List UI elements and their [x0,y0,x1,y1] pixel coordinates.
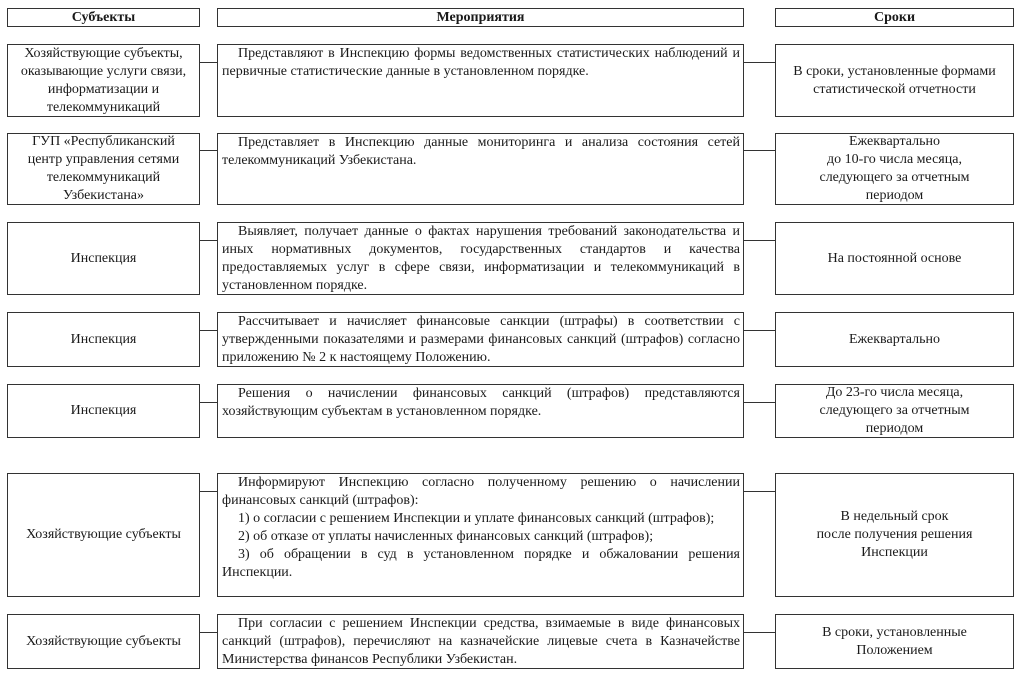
term-text: В сроки, установленные формами статистич… [793,63,995,99]
subject-text: Хозяйствующие субъекты [26,633,181,651]
measure-box: Представляют в Инспекцию формы ведомстве… [217,44,744,117]
connector-line [199,402,217,403]
measure-box: Информируют Инспекцию согласно полученно… [217,473,744,597]
subject-text: Хозяйствующие субъекты, оказывающие услу… [21,45,186,117]
term-text: Ежеквартально [849,331,940,349]
term-box: Ежеквартально до 10-го числа месяца, сле… [775,133,1014,205]
connector-line [743,330,775,331]
term-box: Ежеквартально [775,312,1014,367]
measure-box: Представляет в Инспекцию данные монитори… [217,133,744,205]
connector-line [199,240,217,241]
subject-box: Инспекция [7,312,200,367]
connector-line [199,491,217,492]
connector-line [199,330,217,331]
subject-box: Инспекция [7,222,200,295]
subject-text: Хозяйствующие субъекты [26,526,181,544]
connector-line [743,240,775,241]
measure-text: Представляют в Инспекцию формы ведомстве… [222,45,740,81]
term-box: В сроки, установленные Положением [775,614,1014,669]
header-terms: Сроки [775,8,1014,27]
connector-line [199,62,217,63]
subject-text: ГУП «Республиканский центр управления се… [28,133,180,205]
connector-line [743,62,775,63]
measure-text: Решения о начислении финансовых санкций … [222,385,740,421]
connector-line [743,632,775,633]
subject-box: Хозяйствующие субъекты [7,614,200,669]
header-subjects: Субъекты [7,8,200,27]
measure-item-1: 1) о согласии с решением Инспекции и упл… [222,510,740,528]
subject-box: Инспекция [7,384,200,438]
measure-text: Рассчитывает и начисляет финансовые санк… [222,313,740,367]
subject-box: Хозяйствующие субъекты, оказывающие услу… [7,44,200,117]
header-measures: Мероприятия [217,8,744,27]
measure-box: При согласии с решением Инспекции средст… [217,614,744,669]
subject-box: Хозяйствующие субъекты [7,473,200,597]
connector-line [199,150,217,151]
term-text: В сроки, установленные Положением [822,624,967,660]
measure-box: Выявляет, получает данные о фактах наруш… [217,222,744,295]
term-text: В недельный срок после получения решения… [817,508,973,562]
term-box: В сроки, установленные формами статистич… [775,44,1014,117]
term-text: До 23-го числа месяца, следующего за отч… [819,384,969,438]
connector-line [743,402,775,403]
connector-line [199,632,217,633]
term-text: Ежеквартально до 10-го числа месяца, сле… [819,133,969,205]
subject-box: ГУП «Республиканский центр управления се… [7,133,200,205]
subject-text: Инспекция [71,250,137,268]
measure-item-2: 2) об отказе от уплаты начисленных финан… [222,528,740,546]
term-box: На постоянной основе [775,222,1014,295]
subject-text: Инспекция [71,331,137,349]
measure-text: Выявляет, получает данные о фактах наруш… [222,223,740,295]
term-box: В недельный срок после получения решения… [775,473,1014,597]
connector-line [743,491,775,492]
term-text: На постоянной основе [828,250,962,268]
measure-text: Информируют Инспекцию согласно полученно… [222,474,740,510]
connector-line [743,150,775,151]
measure-text: Представляет в Инспекцию данные монитори… [222,134,740,170]
measure-box: Рассчитывает и начисляет финансовые санк… [217,312,744,367]
subject-text: Инспекция [71,402,137,420]
measure-text: При согласии с решением Инспекции средст… [222,615,740,669]
term-box: До 23-го числа месяца, следующего за отч… [775,384,1014,438]
measure-box: Решения о начислении финансовых санкций … [217,384,744,438]
measure-item-3: 3) об обращении в суд в установленном по… [222,546,740,582]
